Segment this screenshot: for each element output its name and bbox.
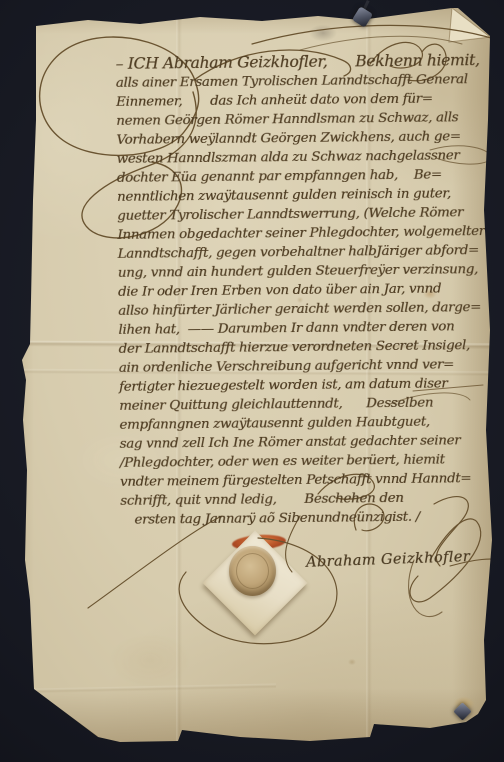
text-line: vndter meinem fürgestelten Petschafft vn… bbox=[120, 469, 480, 492]
photo-background: – ICH Abraham Geizkhofler, Bekhenn hiemi… bbox=[0, 0, 504, 762]
pencil-mark: 57 bbox=[118, 6, 133, 20]
manuscript-page: – ICH Abraham Geizkhofler, Bekhenn hiemi… bbox=[0, 0, 504, 762]
text-block: – ICH Abraham Geizkhofler, Bekhenn hiemi… bbox=[116, 51, 481, 530]
seal-paper-diamond bbox=[203, 531, 308, 636]
signature: Abraham Geizkhofler bbox=[306, 549, 471, 571]
corner-crease bbox=[34, 690, 98, 737]
pen-flourish bbox=[252, 25, 498, 44]
corner-fold bbox=[449, 8, 490, 42]
pen-flourish bbox=[88, 516, 222, 608]
pen-flourish bbox=[300, 36, 462, 50]
text-line: ersten tag Jannarÿ aõ Sibenundneünzigist… bbox=[134, 507, 480, 530]
seal-wax bbox=[232, 533, 287, 552]
pen-flourish bbox=[409, 560, 442, 617]
seal-impression bbox=[229, 546, 276, 596]
fold-crease-horizontal-3 bbox=[26, 683, 276, 693]
